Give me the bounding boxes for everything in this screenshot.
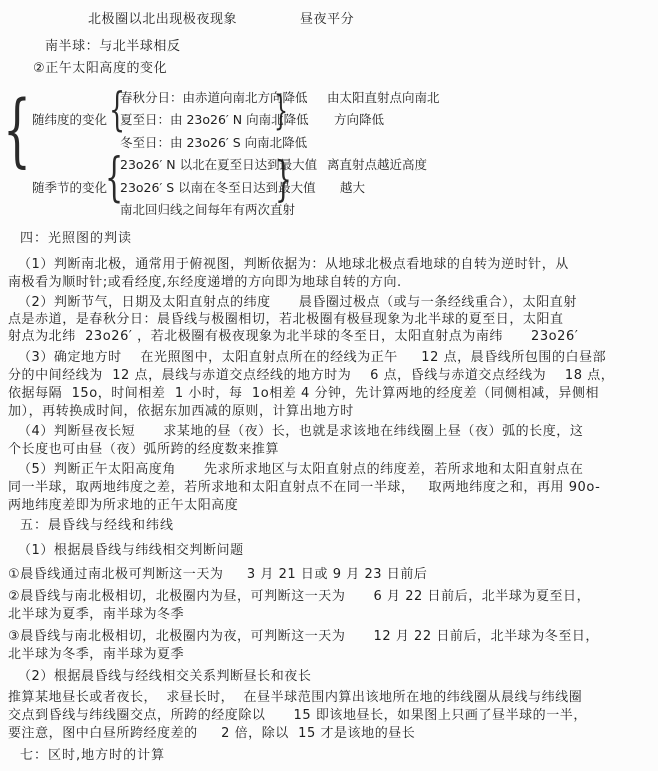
section4-p2-line1: （2）判断节气，日期及太阳直射点的纬度 晨昏圈过极点（或与一条经线重合），太阳直… xyxy=(18,295,577,310)
polar-night-line: 北极圈以北出现极夜现象 xyxy=(88,12,237,27)
section4-p2-line2: 点是赤道，是春秋分日：晨昏线与极圈相切，若北极圈有极昼现象为北半球的夏至日，太阳… xyxy=(8,312,564,327)
latitude-note-2: 方向降低 xyxy=(334,112,384,127)
section4-p3-line4: 加），再转换成时间，依据东加西减的原则，计算出地方时 xyxy=(8,404,354,419)
section4-p4-line1: （4）判断昼夜长短 求某地的昼（夜）长，也就是求该地在纬线圈上昼（夜）弧的长度，… xyxy=(18,424,583,439)
document-page: 北极圈以北出现极夜现象 昼夜平分 南半球：与北半球相反 ②正午太阳高度的变化 {… xyxy=(0,0,658,771)
section4-title: 四：光照图的判读 xyxy=(20,231,132,246)
section4-p1-line1: （1）判断南北极，通常用于俯视图，判断依据为：从地球北极点看地球的自转为逆时针，… xyxy=(18,257,569,272)
section4-p5-line3: 两地纬度差即为所求地的正午太阳高度 xyxy=(8,498,238,513)
section5-item3-line1: ③晨昏线与南北极相切，北极圈内为夜，可判断这一天为 12 月 22 日前后，北半… xyxy=(8,629,599,644)
section4-p3-line2: 分的中间经线为 12 点，晨线与赤道交点经线的地方时为 6 点，昏线与赤道交点经… xyxy=(8,368,614,383)
section4-p1-line2: 南极看为顺时针;或看经度,东经度递增的方向即为地球自转的方向. xyxy=(8,275,402,290)
season-note-2: 越大 xyxy=(340,180,365,195)
latitude-row-winter: 冬至日：由 23o26′ S 向南北降低 xyxy=(120,135,307,150)
season-label: 随季节的变化 xyxy=(32,180,107,195)
south-hemisphere-line: 南半球：与北半球相反 xyxy=(45,39,181,54)
main-open-brace: { xyxy=(3,90,31,170)
latitude-label: 随纬度的变化 xyxy=(32,112,107,127)
section4-p5-line1: （5）判断正午太阳高度角 先求所求地区与太阳直射点的纬度差，若所求地和太阳直射点… xyxy=(18,462,583,477)
section5-item3-line2: 北半球为冬季，南半球为夏季 xyxy=(8,647,184,662)
section5-title: 五：晨昏线与经线和纬线 xyxy=(20,518,174,533)
section4-p5-line2: 同一半球，取两地纬度之差，若所求地和太阳直射点不在同一半球， 取两地纬度之和，再… xyxy=(8,480,600,495)
latitude-row-summer: 夏至日：由 23o26′ N 向南北降低 xyxy=(120,112,309,127)
season-row-north: 23o26′ N 以北在夏至日达到最大值 xyxy=(120,157,317,172)
section5-item2-line2: 北半球为夏季，南半球为冬季 xyxy=(8,607,184,622)
section5-p1-line1: 推算某地昼长或者夜长， 求昼长时， 在昼半球范围内算出该地所在地的纬线圈从晨线与… xyxy=(8,690,582,705)
section4-p4-line2: 个长度也可由昼（夜）弧所跨的经度数来推算 xyxy=(8,442,279,457)
section5-p1-line3: 要注意，图中白昼所跨经度差的 2 倍，除以 15 才是该地的昼长 xyxy=(8,726,415,741)
section5-sub1: （1）根据晨昏线与纬线相交判断问题 xyxy=(18,543,244,558)
section5-item1: ①晨昏线通过南北极可判断这一天为 3 月 21 日或 9 月 23 日前后 xyxy=(8,567,427,582)
section4-p3-line1: （3）确定地方时 在光照图中，太阳直射点所在的经线为正午 12 点，晨昏线所包围… xyxy=(18,350,606,365)
section7-title: 七：区时,地方时的计算 xyxy=(20,748,165,763)
season-row-tropic: 南北回归线之间每年有两次直射 xyxy=(120,202,295,217)
section5-p1-line2: 交点到昏线与纬线圈交点，所跨的经度除以 15 即该地昼长，如果图上只画了昼半球的… xyxy=(8,708,587,723)
section4-p2-line3: 射点为北纬 23o26′ ，若北极圈有极夜现象为北半球的冬至日，太阳直射点为南纬… xyxy=(8,329,578,344)
season-note-1: 离直射点越近高度 xyxy=(327,157,427,172)
section5-item2-line1: ②晨昏线与南北极相切，北极圈内为昼，可判断这一天为 6 月 22 日前后，北半球… xyxy=(8,589,590,604)
section5-sub2: （2）根据晨昏线与经线相交关系判断昼长和夜长 xyxy=(18,669,311,684)
section4-p3-line3: 依据每隔 15o，时间相差 1 小时，每 1o相差 4 分钟，先计算两地的经度差… xyxy=(8,386,599,401)
latitude-row-equinox: 春秋分日：由赤道向南北方向降低 xyxy=(120,90,308,105)
latitude-note-1: 由太阳直射点向南北 xyxy=(327,90,440,105)
equinox-note: 昼夜平分 xyxy=(300,12,354,27)
season-row-south: 23o26′ S 以南在冬至日达到最大值 xyxy=(120,180,316,195)
noon-sun-title: ②正午太阳高度的变化 xyxy=(33,61,167,76)
